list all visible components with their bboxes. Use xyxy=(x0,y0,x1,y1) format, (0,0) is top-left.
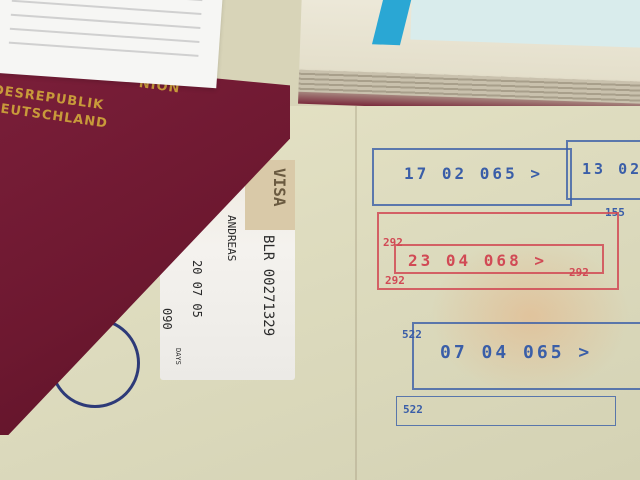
visa-duration-label: DAYS xyxy=(174,348,182,365)
stamp-number: 17 02 065 > xyxy=(404,164,543,183)
open-passport-background xyxy=(298,0,640,116)
paper-document xyxy=(0,0,223,88)
entry-stamp-blue-1: 17 02 065 > xyxy=(372,148,572,206)
stamp-code: 522 xyxy=(403,403,423,416)
passport-data-page xyxy=(410,0,640,48)
visa-header: VISA xyxy=(270,168,289,207)
stamp-number: 23 04 068 > xyxy=(408,251,547,270)
stamp-code: 292 xyxy=(385,274,405,287)
stamp-number: 07 04 065 > xyxy=(440,342,592,363)
page-edges xyxy=(298,70,640,105)
stamp-code: 292 xyxy=(569,266,589,279)
visa-duration: 090 xyxy=(160,308,174,330)
visa-number: BLR 00271329 xyxy=(260,235,276,336)
exit-stamp-red: 292 23 04 068 > 292 292 xyxy=(377,212,619,290)
stamp-number: 13 02 0 xyxy=(582,160,640,178)
entry-stamp-blue-3: 07 04 065 > xyxy=(412,322,640,390)
visa-date: 20 07 05 xyxy=(190,260,204,318)
cyan-stripe xyxy=(372,0,414,45)
entry-stamp-blue-4: 522 xyxy=(396,396,616,426)
passport-photo: 17 02 065 > 13 02 0 155 292 23 04 068 > … xyxy=(0,0,640,480)
entry-stamp-blue-2: 13 02 0 xyxy=(566,140,640,200)
visa-name: ANDREAS xyxy=(225,215,238,261)
